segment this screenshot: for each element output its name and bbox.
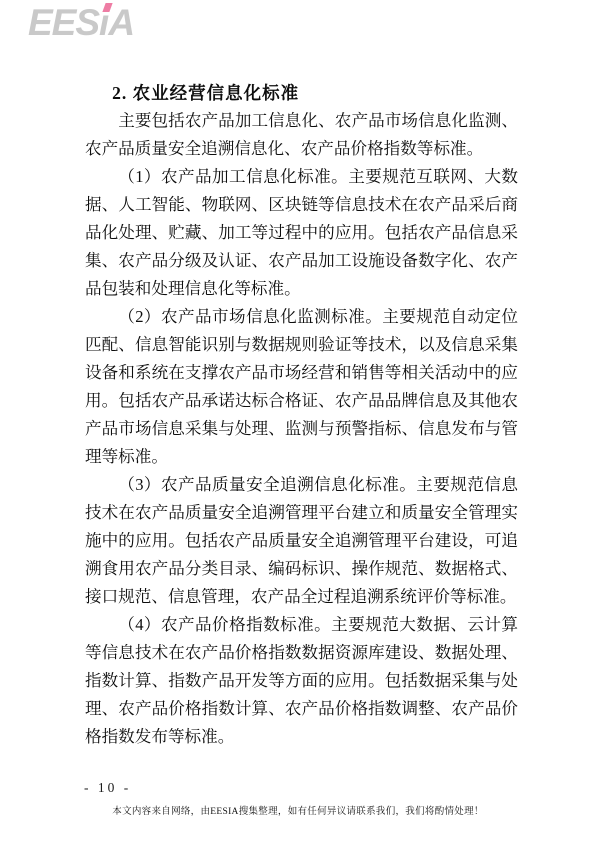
logo-letter-a: A [108,2,134,43]
footer-disclaimer: 本文内容来自网络，由EESIA搜集整理，如有任何异议请联系我们，我们将酌情处理！ [0,803,596,817]
body-paragraph: （3）农产品质量安全追溯信息化标准。主要规范信息技术在农产品质量安全追溯管理平台… [85,471,518,611]
eesia-logo: EESıA [28,4,134,41]
logo-letters-ees: EES [28,2,99,43]
logo-letter-i: ı [99,4,108,41]
body-paragraph: （1）农产品加工信息化标准。主要规范互联网、大数据、人工智能、物联网、区块链等信… [85,163,518,303]
document-page: EESıA 2. 农业经营信息化标准 主要包括农产品加工信息化、农产品市场信息化… [0,0,596,842]
section-heading: 2. 农业经营信息化标准 [85,79,518,107]
body-paragraph: 主要包括农产品加工信息化、农产品市场信息化监测、农产品质量安全追溯信息化、农产品… [85,107,518,163]
body-paragraph: （4）农产品价格指数标准。主要规范大数据、云计算等信息技术在农产品价格指数数据资… [85,611,518,751]
body-paragraph: （2）农产品市场信息化监测标准。主要规范自动定位匹配、信息智能识别与数据规则验证… [85,303,518,471]
document-body: 2. 农业经营信息化标准 主要包括农产品加工信息化、农产品市场信息化监测、农产品… [85,79,518,751]
page-number: - 10 - [84,780,131,796]
